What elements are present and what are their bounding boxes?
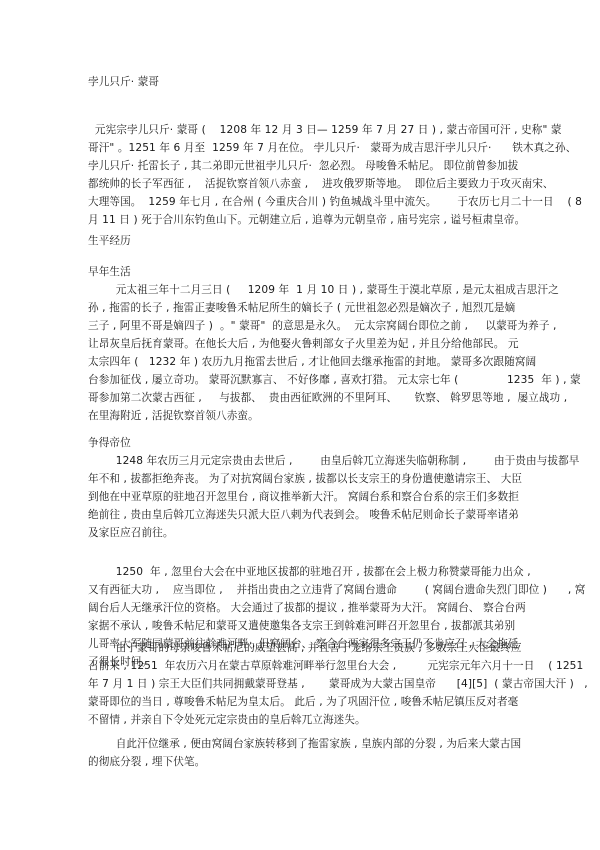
text-line: 年 7 月 1 日 ) 宗王大臣们共同拥戴蒙哥登基 , 蒙哥成为大蒙古国皇帝 […	[88, 677, 588, 691]
text-line: 元太祖三年十二月三日 ( 1209 年 1 月 10 日 ) , 蒙哥生于漠北草…	[88, 283, 559, 297]
subsection-heading-succession: 争得帝位	[88, 436, 131, 450]
text-line: 绝前往 , 贵由皇后斡兀立海迷失只派大臣八剌为代表到会。 唆鲁禾帖尼则命长子蒙哥…	[88, 508, 519, 522]
text-line: 年不和 , 拔都拒绝奔丧。 为了对抗窝阔台家族 , 拔都以长支宗王的身份遣使邀请…	[88, 472, 522, 486]
text-line: 三子 , 阿里不哥是嫡四子 ) 。" 蒙哥" 的意思是永久。 元太宗窝阔台即位之…	[88, 319, 557, 333]
text-line: 1250 年 , 忽里台大会在中亚地区拔都的驻地召开 , 拔都在会上极力称赞蒙哥…	[88, 565, 531, 579]
text-line: 哥参加第二次蒙古西征 , 与拔都、 贵由西征欧洲的不里阿耳、 钦察、 斡罗思等地…	[88, 391, 567, 405]
section-heading: 生平经历	[88, 234, 131, 248]
text-line: 孙 , 拖雷的长子 , 拖雷正妻唆鲁禾帖尼所生的嫡长子 ( 元世祖忽必烈是嫡次子…	[88, 301, 515, 315]
text-line: 月 11 日 ) 死于合川东钓鱼山下。元朝建立后 , 追尊为元朝皇帝 , 庙号宪…	[88, 213, 525, 227]
text-line: 台参加征伐 , 屡立奇功。 蒙哥沉默寡言、 不好侈靡 , 喜欢打猎。 元太宗七年…	[88, 373, 581, 387]
text-line: 元宪宗孛儿只斤· 蒙哥 ( 1208 年 12 月 3 日— 1259 年 7 …	[88, 123, 562, 137]
text-line: 阔台后人无继承汗位的资格。 大会通过了拔都的提议 , 推举蒙哥为大汗。 窝阔台、…	[88, 601, 526, 615]
text-line: 让昂灰皇后抚育蒙哥。在他长大后 , 为他娶火鲁剌部女子火里差为妃 , 并且分给他…	[88, 337, 519, 351]
text-line: 到他在中亚草原的驻地召开忽里台 , 商议推举新大汗。 窝阔台系和察合台系的宗王们…	[88, 490, 519, 504]
document-title: 孛儿只斤· 蒙哥	[88, 75, 159, 89]
text-line: 大理等国。 1259 年七月 , 在合州 ( 今重庆合川 ) 钓鱼城战斗里中流矢…	[88, 195, 582, 209]
text-line: 家据不承认 , 唆鲁禾帖尼和蒙哥又遣使邀集各支宗王到斡难河畔召开忽里台 , 拔都…	[88, 619, 515, 633]
text-line: 都统帅的长子军西征 , 活捉钦察首领八赤蛮 , 进攻俄罗斯等地。 即位后主要致力…	[88, 177, 554, 191]
text-line: 召前来 , 1251 年农历六月在蒙古草原斡难河畔举行忽里台大会 , 元宪宗元年…	[88, 659, 583, 673]
text-line: 在里海附近 , 活捉钦察首领八赤蛮。	[88, 409, 259, 423]
text-line: 及家臣应召前往。	[88, 526, 174, 540]
text-line: 由于蒙哥的母亲唆鲁禾帖尼的威望甚高 , 并且善于笼络宗王贵族 , 多数宗王大臣最…	[88, 641, 522, 655]
text-line: 哥汗" 。1251 年 6 月至 1259 年 7 月在位。 孛儿只斤· 蒙哥为…	[88, 141, 576, 155]
text-line: 的彻底分裂 , 埋下伏笔。	[88, 755, 205, 769]
text-line: 孛儿只斤· 托雷长子 , 其二弟即元世祖孛儿只斤· 忽必烈。 母唆鲁禾帖尼。 即…	[88, 159, 518, 173]
text-line: 太宗四年 ( 1232 年 ) 农历九月拖雷去世后 , 才让他回去继承拖雷的封地…	[88, 355, 536, 369]
text-line: 自此汗位继承 , 便由窝阔台家族转移到了拖雷家族 , 皇族内部的分裂 , 为后来…	[88, 737, 521, 751]
text-line: 蒙哥即位的当日 , 尊唆鲁禾帖尼为皇太后。 此后 , 为了巩固汗位 , 唆鲁禾帖…	[88, 695, 518, 709]
subsection-heading-early-life: 早年生活	[88, 265, 131, 279]
text-line: 1248 年农历三月元定宗贵由去世后 , 由皇后斡兀立海迷失临朝称制 , 由于贵…	[88, 454, 580, 468]
text-line: 又有西征大功 , 应当即位 , 并指出贵由之立违背了窝阔台遗命 ( 窝阔台遗命失…	[88, 583, 585, 597]
text-line: 不留情 , 并亲自下令处死元定宗贵由的皇后斡兀立海迷失。	[88, 713, 366, 727]
